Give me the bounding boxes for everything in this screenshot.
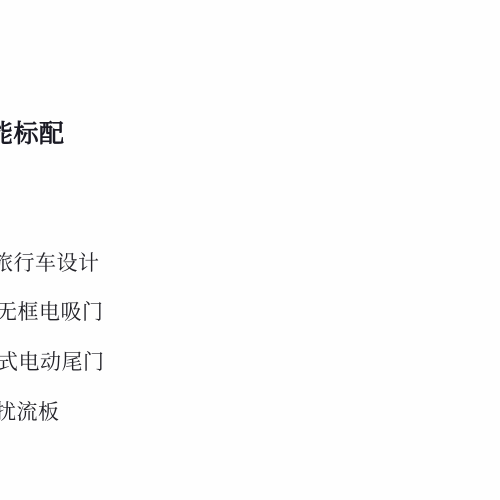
feature-item-spoiler: 扰流板 (0, 396, 60, 426)
section-title: 能标配 (0, 114, 65, 150)
feature-item-power-tailgate: 式电动尾门 (0, 346, 105, 376)
feature-item-wagon-design: 旅行车设计 (0, 247, 100, 277)
feature-item-frameless-doors: 无框电吸门 (0, 296, 104, 326)
page: 能标配 旅行车设计 无框电吸门 式电动尾门 扰流板 (0, 0, 500, 500)
